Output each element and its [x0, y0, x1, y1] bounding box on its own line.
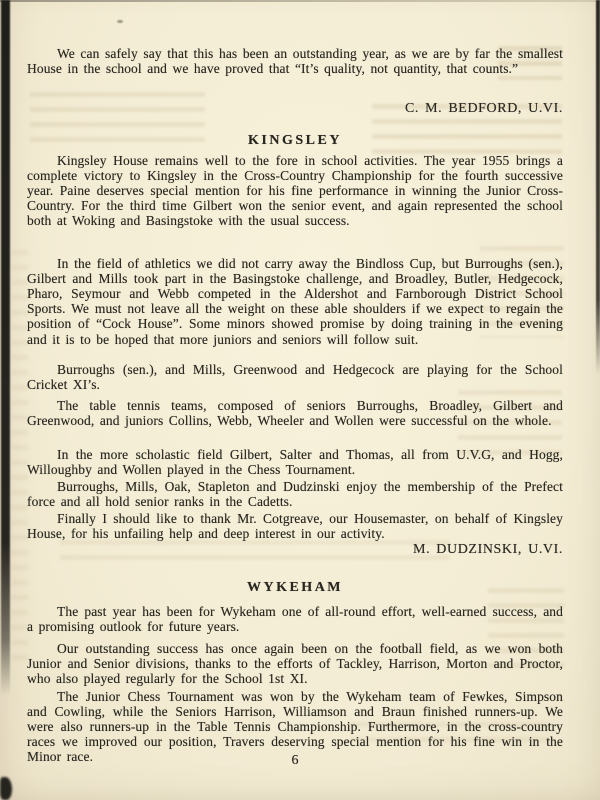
scan-edge-artifact-left	[1, 0, 10, 696]
kingsley-paragraph: In the field of athletics we did not car…	[27, 256, 563, 347]
kingsley-paragraph: The table tennis teams, composed of seni…	[27, 398, 563, 428]
scan-edge-artifact-right	[596, 0, 600, 374]
scan-speck-artifact	[117, 20, 123, 23]
scan-edge-artifact-top	[0, 0, 600, 2]
scanned-page: We can safely say that this has been an …	[0, 0, 600, 800]
section-heading-wykeham: WYKEHAM	[27, 580, 563, 595]
kingsley-paragraph: Burroughs, Mills, Oak, Stapleton and Dud…	[27, 479, 563, 509]
kingsley-paragraph: Finally I should like to thank Mr. Cotgr…	[27, 511, 563, 541]
kingsley-paragraph: In the more scholastic field Gilbert, Sa…	[27, 447, 563, 477]
kingsley-paragraph: Burroughs (sen.), and Mills, Greenwood a…	[27, 362, 563, 392]
wykeham-paragraph: The past year has been for Wykeham one o…	[27, 604, 563, 634]
intro-paragraph: We can safely say that this has been an …	[27, 46, 563, 76]
page-number: 6	[27, 753, 563, 768]
kingsley-paragraph: Kingsley House remains well to the fore …	[27, 153, 563, 229]
wykeham-paragraph: Our outstanding success has once again b…	[27, 641, 563, 687]
section-heading-kingsley: KINGSLEY	[27, 133, 563, 148]
byline-bedford: C. M. BEDFORD, U.VI.	[27, 101, 600, 116]
scan-blob-artifact	[0, 777, 12, 800]
byline-dudzinski: M. DUDZINSKI, U.VI.	[27, 542, 582, 557]
bleedthrough-artifact	[12, 250, 28, 670]
